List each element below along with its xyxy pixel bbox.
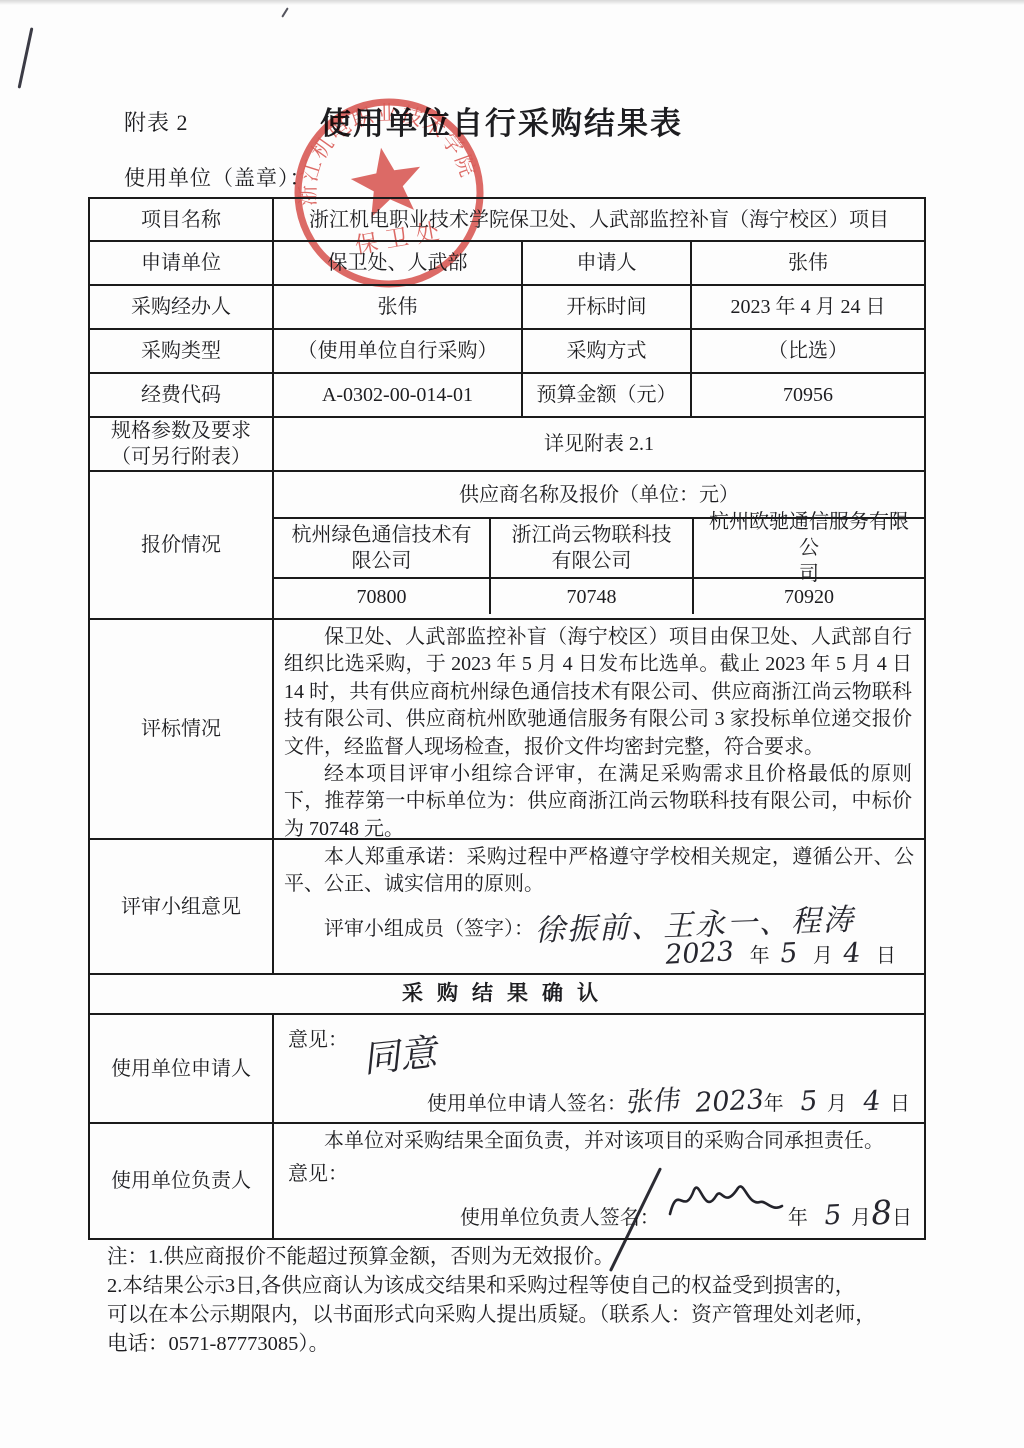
- applicant-signature-handwriting: 张伟: [625, 1077, 684, 1119]
- month-char: 月: [827, 1087, 847, 1116]
- evaluation-paragraph-2: 经本项目评审小组综合评审，在满足采购需求且价格最低的原则下，推荐第一中标单位为：…: [284, 761, 912, 843]
- committee-content: 本人郑重承诺：采购过程中严格遵守学校相关规定，遵循公开、公平、公正、诚实信用的原…: [272, 840, 924, 973]
- row-spec: 规格参数及要求 （可另行附表） 详见附表 2.1: [90, 416, 924, 470]
- footnote-line-1: 注：1.供应商报价不能超过预算金额，否则为无效报价。: [107, 1243, 931, 1272]
- project-name-value: 浙江机电职业技术学院保卫处、人武部监控补盲（海宁校区）项目: [272, 199, 924, 240]
- bid-open-time-label: 开标时间: [521, 286, 690, 328]
- head-confirm-content: 本单位对采购结果全面负责，并对该项目的采购合同承担责任。 意见： 使用单位负责人…: [272, 1124, 924, 1238]
- quotation-label: 报价情况: [90, 472, 272, 618]
- head-date-month-hw: 5: [822, 1199, 843, 1231]
- day-char: 日: [890, 1087, 910, 1116]
- row-quotation: 报价情况 供应商名称及报价（单位：元） 杭州绿色通信技术有 限公司 浙江尚云物联…: [90, 470, 924, 618]
- head-date-day-hw: 8: [869, 1192, 895, 1232]
- month-char: 月: [813, 939, 833, 968]
- row-confirm-header: 采购结果确认: [90, 973, 924, 1013]
- year-char: 年: [764, 1087, 784, 1116]
- committee-date-month-hw: 5: [778, 937, 799, 969]
- budget-amount-value: 70956: [690, 374, 924, 416]
- footnote-line-2: 2.本结果公示3日,各供应商认为该成交结果和采购过程等使自己的权益受到损害的，: [107, 1272, 931, 1301]
- row-procurement-type: 采购类型 （使用单位自行采购） 采购方式 （比选）: [90, 328, 924, 372]
- procurement-type-label: 采购类型: [90, 330, 272, 372]
- budget-amount-label: 预算金额（元）: [521, 374, 690, 416]
- annex-label: 附表 2: [124, 106, 189, 137]
- applicant-unit-label: 申请单位: [90, 242, 272, 284]
- supplier-1-name: 杭州绿色通信技术有 限公司: [274, 519, 489, 577]
- committee-date-day-hw: 4: [841, 937, 862, 969]
- day-char: 日: [876, 939, 896, 968]
- committee-date: 2023 年 5 月 4 日: [665, 938, 906, 969]
- spec-label-line1: 规格参数及要求: [111, 418, 251, 444]
- spec-label: 规格参数及要求 （可另行附表）: [90, 418, 272, 470]
- project-name-label: 项目名称: [90, 199, 272, 240]
- footnote-line-3: 可以在本公示期限内，以书面形式向采购人提出质疑。（联系人：资产管理处刘老师，: [107, 1301, 931, 1330]
- bid-open-time-value: 2023 年 4 月 24 日: [690, 286, 924, 328]
- procurement-type-value: （使用单位自行采购）: [272, 330, 521, 372]
- committee-label: 评审小组意见: [90, 840, 272, 973]
- supplier-3-name: 杭州欧驰通信服务有限公 司: [692, 519, 924, 577]
- evaluation-label: 评标情况: [90, 620, 272, 838]
- head-sign-label: 使用单位负责人签名：: [460, 1201, 660, 1230]
- footnote-line-4: 电话：0571-87773085）。: [107, 1330, 931, 1359]
- row-handler: 采购经办人 张伟 开标时间 2023 年 4 月 24 日: [90, 284, 924, 328]
- spec-label-line2: （可另行附表）: [111, 444, 251, 470]
- applicant-opinion-handwriting: 同意: [363, 1021, 442, 1084]
- applicant-confirm-content: 意见： 同意 使用单位申请人签名： 张伟 2023 年 5 月 4 日: [272, 1015, 924, 1122]
- row-budget-code: 经费代码 A-0302-00-014-01 预算金额（元） 70956: [90, 372, 924, 416]
- confirm-header: 采购结果确认: [90, 975, 924, 1013]
- month-char: 月: [851, 1201, 871, 1230]
- row-evaluation: 评标情况 保卫处、人武部监控补盲（海宁校区）项目由保卫处、人武部自行组织比选采购…: [90, 618, 924, 838]
- applicant-unit-value: 保卫处、人武部: [272, 242, 521, 284]
- supplier-2-price: 70748: [489, 579, 692, 614]
- head-signature-scribble: [664, 1176, 786, 1224]
- unit-seal-label: 使用单位（盖章）：: [124, 162, 312, 192]
- applicant-person-value: 张伟: [690, 242, 924, 284]
- handler-label: 采购经办人: [90, 286, 272, 328]
- committee-date-year-hw: 2023: [663, 936, 735, 971]
- row-head-confirm: 使用单位负责人 本单位对采购结果全面负责，并对该项目的采购合同承担责任。 意见：…: [90, 1122, 924, 1238]
- applicant-date-month-hw: 5: [798, 1085, 819, 1117]
- budget-code-label: 经费代码: [90, 374, 272, 416]
- spec-value: 详见附表 2.1: [272, 418, 924, 470]
- applicant-date-day-hw: 4: [861, 1085, 882, 1117]
- supplier-1-price: 70800: [274, 579, 489, 614]
- pen-tick-mark: [281, 7, 289, 17]
- row-committee-opinion: 评审小组意见 本人郑重承诺：采购过程中严格遵守学校相关规定，遵循公开、公平、公正…: [90, 838, 924, 973]
- year-char: 年: [788, 1201, 808, 1230]
- day-char: 日: [892, 1201, 912, 1230]
- applicant-confirm-label: 使用单位申请人: [90, 1015, 272, 1122]
- head-confirm-label: 使用单位负责人: [90, 1124, 272, 1238]
- head-sign-line: 使用单位负责人签名： 年 5 月 8 日: [460, 1176, 912, 1232]
- evaluation-paragraph-1: 保卫处、人武部监控补盲（海宁校区）项目由保卫处、人武部自行组织比选采购，于 20…: [284, 624, 912, 761]
- procurement-method-label: 采购方式: [521, 330, 690, 372]
- evaluation-content: 保卫处、人武部监控补盲（海宁校区）项目由保卫处、人武部自行组织比选采购，于 20…: [272, 620, 924, 838]
- supplier-3-price: 70920: [692, 579, 924, 614]
- applicant-sign-label: 使用单位申请人签名：: [427, 1087, 627, 1116]
- committee-pledge: 本人郑重承诺：采购过程中严格遵守学校相关规定，遵循公开、公平、公正、诚实信用的原…: [284, 844, 914, 898]
- applicant-person-label: 申请人: [521, 242, 690, 284]
- row-applicant-confirm: 使用单位申请人 意见： 同意 使用单位申请人签名： 张伟 2023 年 5 月 …: [90, 1013, 924, 1122]
- applicant-sign-line: 使用单位申请人签名： 张伟 2023 年 5 月 4 日: [427, 1079, 910, 1118]
- budget-code-value: A-0302-00-014-01: [272, 374, 521, 416]
- supplier-2-name: 浙江尚云物联科技 有限公司: [489, 519, 692, 577]
- footnotes: 注：1.供应商报价不能超过预算金额，否则为无效报价。 2.本结果公示3日,各供应…: [107, 1243, 931, 1359]
- pen-slash-mark: [18, 27, 34, 88]
- head-statement: 本单位对采购结果全面负责，并对该项目的采购合同承担责任。: [284, 1128, 914, 1155]
- row-applicant-unit: 申请单位 保卫处、人武部 申请人 张伟: [90, 240, 924, 284]
- applicant-opinion-label: 意见：: [288, 1023, 348, 1052]
- handler-value: 张伟: [272, 286, 521, 328]
- applicant-date-year-hw: 2023: [693, 1084, 765, 1119]
- year-char: 年: [750, 939, 770, 968]
- scanned-document-page: 附表 2 使用单位自行采购结果表 使用单位（盖章）： 浙江机电职业技术学院 保卫…: [0, 0, 1024, 1448]
- procurement-method-value: （比选）: [690, 330, 924, 372]
- row-project-name: 项目名称 浙江机电职业技术学院保卫处、人武部监控补盲（海宁校区）项目: [90, 199, 924, 240]
- procurement-result-table: 项目名称 浙江机电职业技术学院保卫处、人武部监控补盲（海宁校区）项目 申请单位 …: [88, 197, 926, 1240]
- committee-sign-label: 评审小组成员（签字）：: [324, 912, 534, 941]
